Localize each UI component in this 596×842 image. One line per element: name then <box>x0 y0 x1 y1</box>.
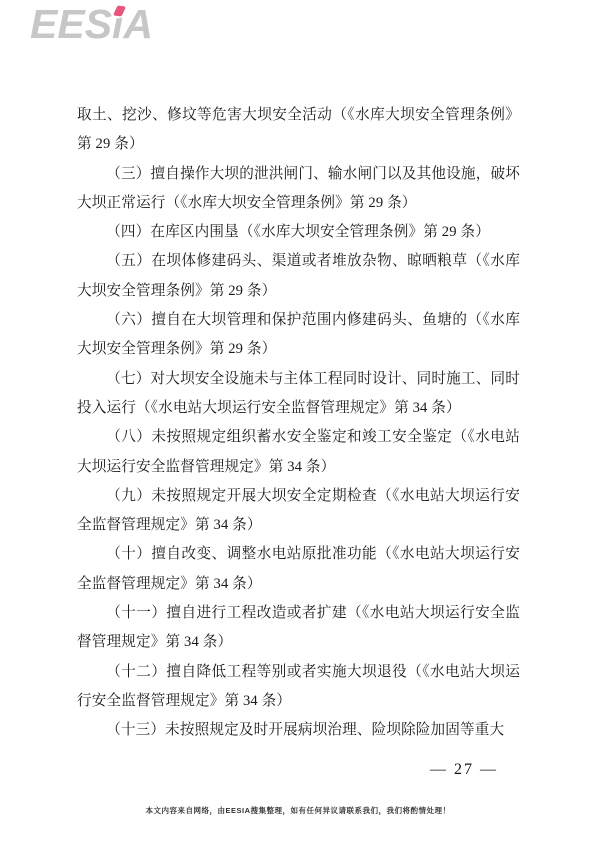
document-page: EESiA 取土、挖沙、修坟等危害大坝安全活动（《水库大坝安全管理条例》第 29… <box>0 0 596 842</box>
paragraph: （六）擅自在大坝管理和保护范围内修建码头、鱼塘的（《水库大坝安全管理条例》第 2… <box>77 306 520 365</box>
paragraph: （五）在坝体修建码头、渠道或者堆放杂物、晾晒粮草（《水库大坝安全管理条例》第 2… <box>77 247 520 306</box>
document-body: 取土、挖沙、修坟等危害大坝安全活动（《水库大坝安全管理条例》第 29 条）（三）… <box>77 101 520 746</box>
paragraph: （八）未按照规定组织蓄水安全鉴定和竣工安全鉴定（《水电站大坝运行安全监督管理规定… <box>77 423 520 482</box>
paragraph: （十一）擅自进行工程改造或者扩建（《水电站大坝运行安全监督管理规定》第 34 条… <box>77 599 520 658</box>
paragraph: （十）擅自改变、调整水电站原批准功能（《水电站大坝运行安全监督管理规定》第 34… <box>77 540 520 599</box>
paragraph: （九）未按照规定开展大坝安全定期检查（《水电站大坝运行安全监督管理规定》第 34… <box>77 482 520 541</box>
paragraph: （四）在库区内围垦（《水库大坝安全管理条例》第 29 条） <box>77 218 520 247</box>
paragraph: 取土、挖沙、修坟等危害大坝安全活动（《水库大坝安全管理条例》第 29 条） <box>77 101 520 160</box>
paragraph: （十二）擅自降低工程等别或者实施大坝退役（《水电站大坝运行安全监督管理规定》第 … <box>77 658 520 717</box>
paragraph: （十三）未按照规定及时开展病坝治理、险坝除险加固等重大 <box>77 716 520 745</box>
eesia-logo-text: EESiA <box>30 1 153 47</box>
eesia-logo: EESiA <box>30 0 153 48</box>
paragraph: （七）对大坝安全设施未与主体工程同时设计、同时施工、同时投入运行（《水电站大坝运… <box>77 365 520 424</box>
paragraph: （三）擅自操作大坝的泄洪闸门、输水闸门以及其他设施，破坏大坝正常运行（《水库大坝… <box>77 160 520 219</box>
footer-disclaimer: 本文内容来自网络，由EESIA搜集整理，如有任何异议请联系我们，我们将酌情处理！ <box>0 805 596 816</box>
page-number: — 27 — <box>430 761 498 779</box>
